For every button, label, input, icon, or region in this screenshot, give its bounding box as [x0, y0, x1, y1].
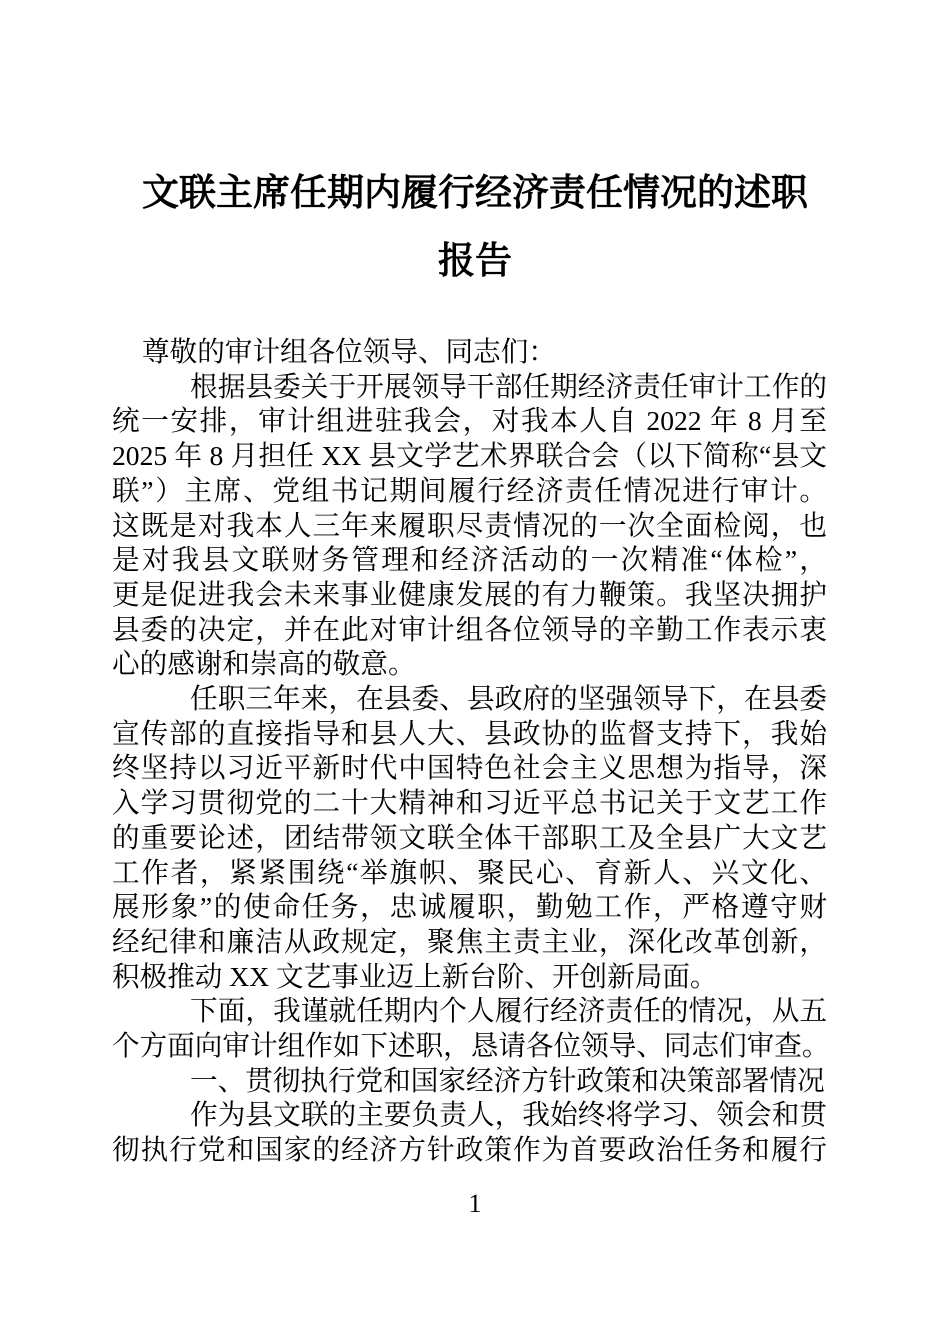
title-line-2: 报告 [0, 227, 950, 295]
body-line: 工作者，紧紧围绕“举旗帜、聚民心、育新人、兴文化、 [112, 856, 827, 891]
body-line: 是对我县文联财务管理和经济活动的一次精准“体检”， [112, 543, 827, 578]
body-line: 作为县文联的主要负责人，我始终将学习、领会和贯 [112, 1098, 827, 1133]
body-line: 下面，我谨就任期内个人履行经济责任的情况，从五 [112, 994, 827, 1029]
body-line: 任职三年来，在县委、县政府的坚强领导下，在县委 [112, 682, 827, 717]
body-line: 心的感谢和崇高的敬意。 [112, 647, 827, 682]
body-line: 县委的决定，并在此对审计组各位领导的辛勤工作表示衷 [112, 613, 827, 648]
body-line: 联”）主席、党组书记期间履行经济责任情况进行审计。 [112, 474, 827, 509]
body-line: 宣传部的直接指导和县人大、县政协的监督支持下，我始 [112, 717, 827, 752]
salutation-line: 尊敬的审计组各位领导、同志们： [112, 335, 827, 370]
body-line: 的重要论述，团结带领文联全体干部职工及全县广大文艺 [112, 821, 827, 856]
body-line: 入学习贯彻党的二十大精神和习近平总书记关于文艺工作 [112, 786, 827, 821]
body-line: 个方面向审计组作如下述职，恳请各位领导、同志们审查。 [112, 1029, 827, 1064]
body-line: 这既是对我本人三年来履职尽责情况的一次全面检阅，也 [112, 509, 827, 544]
body-line: 经纪律和廉洁从政规定，聚焦主责主业，深化改革创新， [112, 925, 827, 960]
page-number: 1 [0, 1187, 950, 1222]
body-line: 彻执行党和国家的经济方针政策作为首要政治任务和履行 [112, 1133, 827, 1168]
body-line: 展形象”的使命任务，忠诚履职，勤勉工作，严格遵守财 [112, 890, 827, 925]
body-line: 积极推动 XX 文艺事业迈上新台阶、开创新局面。 [112, 960, 827, 995]
body-line: 根据县委关于开展领导干部任期经济责任审计工作的 [112, 370, 827, 405]
section-heading: 一、贯彻执行党和国家经济方针政策和决策部署情况 [112, 1064, 827, 1099]
document-content: 文联主席任期内履行经济责任情况的述职 报告 尊敬的审计组各位领导、同志们：根据县… [112, 0, 827, 1222]
document-body: 尊敬的审计组各位领导、同志们：根据县委关于开展领导干部任期经济责任审计工作的统一… [112, 335, 827, 1168]
body-line: 统一安排，审计组进驻我会，对我本人自 2022 年 8 月至 [112, 404, 827, 439]
body-line: 更是促进我会未来事业健康发展的有力鞭策。我坚决拥护 [112, 578, 827, 613]
document-title: 文联主席任期内履行经济责任情况的述职 报告 [0, 159, 950, 295]
title-line-1: 文联主席任期内履行经济责任情况的述职 [0, 159, 950, 227]
document-page: 文联主席任期内履行经济责任情况的述职 报告 尊敬的审计组各位领导、同志们：根据县… [0, 0, 950, 1344]
body-line: 2025 年 8 月担任 XX 县文学艺术界联合会（以下简称“县文 [112, 439, 827, 474]
body-line: 终坚持以习近平新时代中国特色社会主义思想为指导，深 [112, 751, 827, 786]
